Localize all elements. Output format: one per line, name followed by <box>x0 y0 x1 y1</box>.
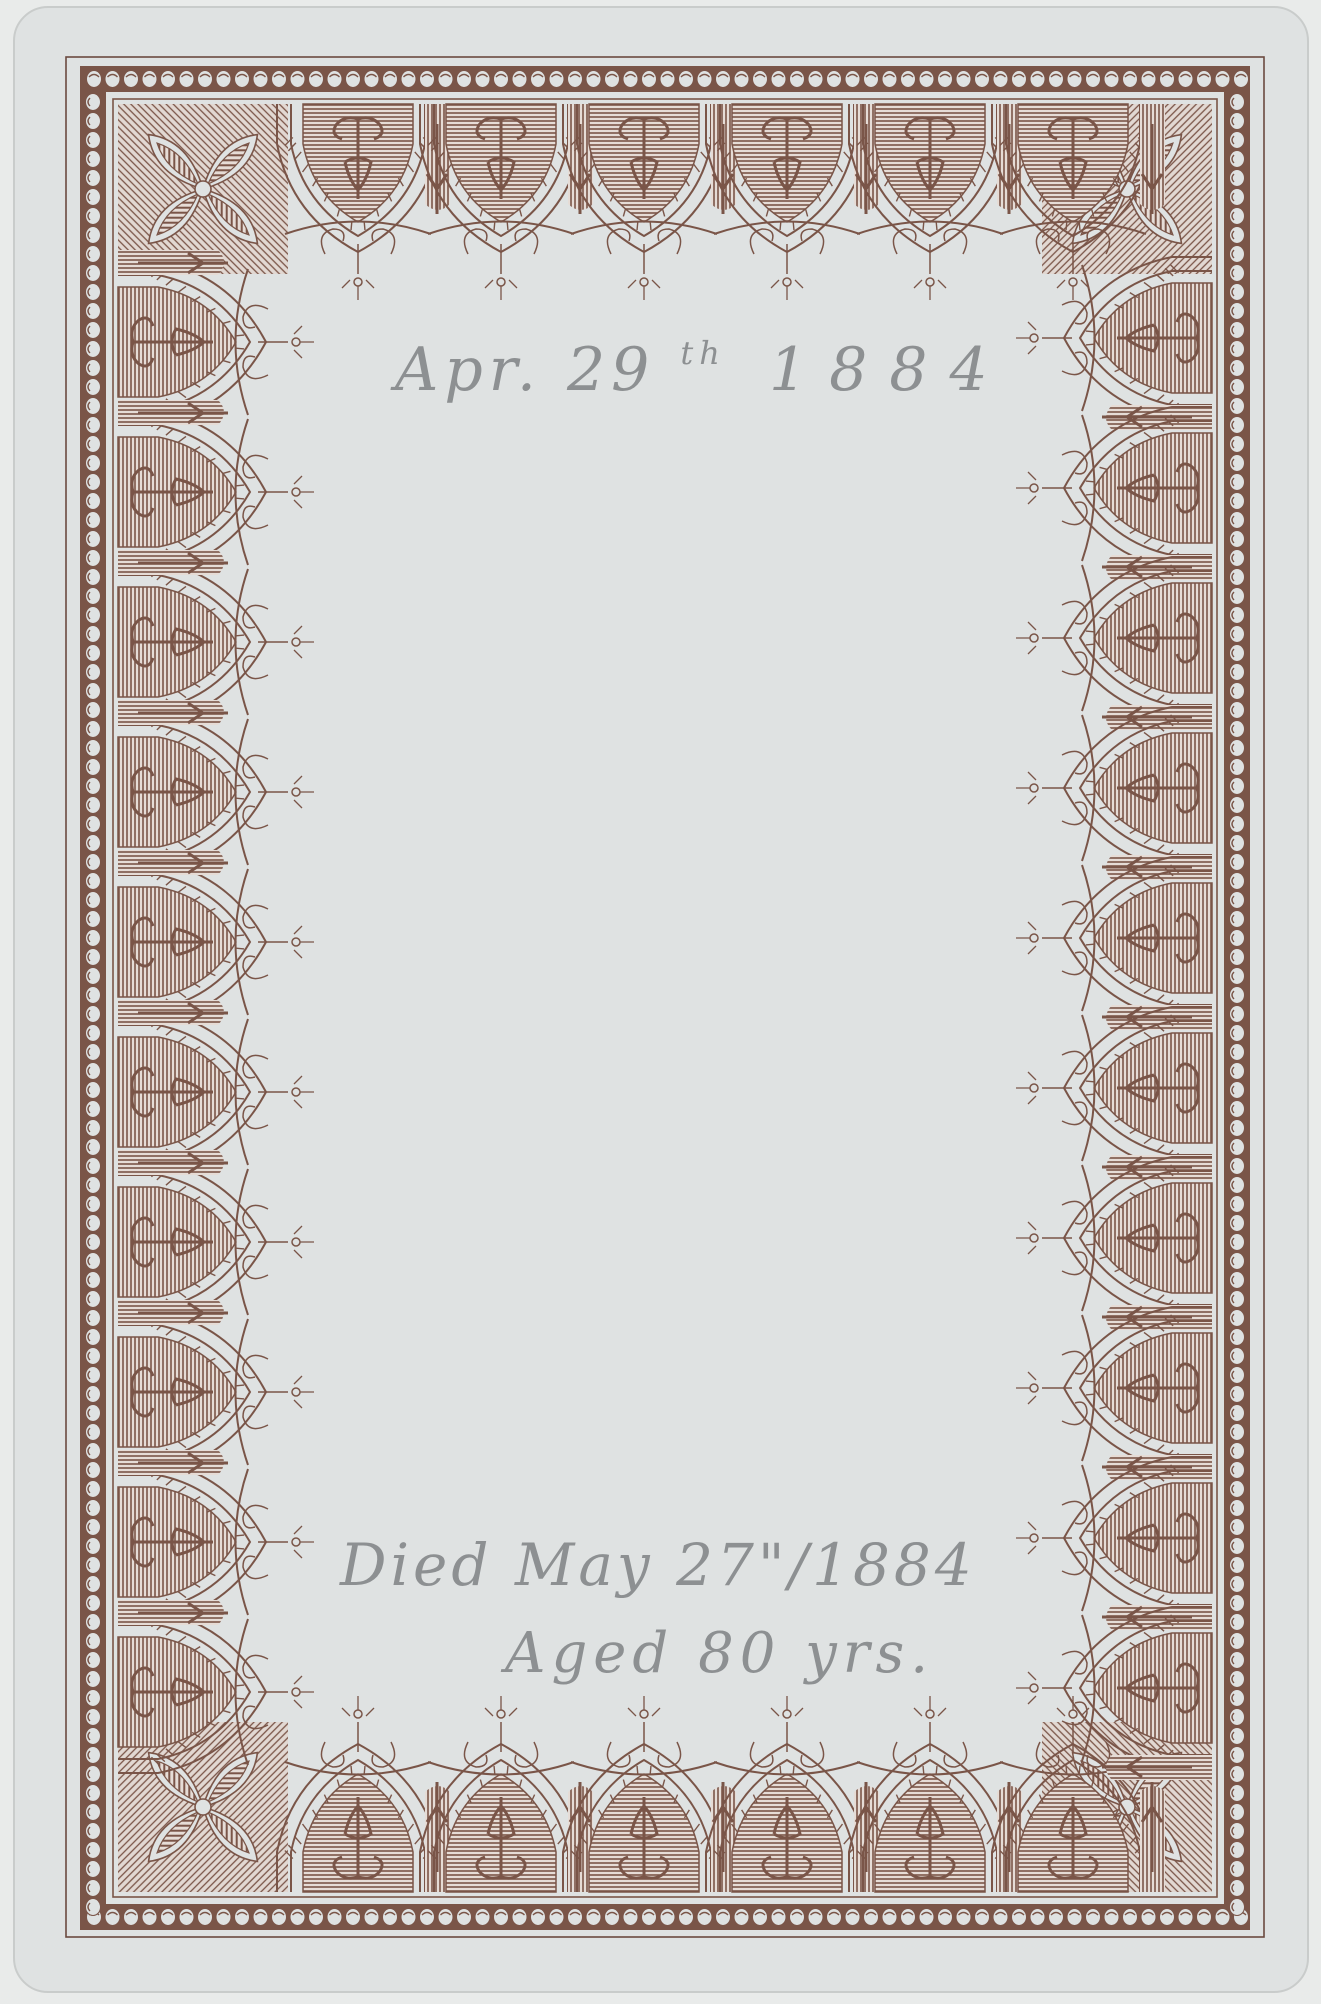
death-inscription: Died May 27"/1884 <box>339 1531 976 1599</box>
inscription-date-prefix: Apr. 29 <box>390 335 655 405</box>
cabinet-card-back: Apr. 29 th 1884 Died May 27"/1884 Aged 8… <box>0 0 1321 2004</box>
inscription-date-year: 1884 <box>769 335 1010 405</box>
inscription-date-suffix: th <box>680 334 725 372</box>
age-inscription: Aged 80 yrs. <box>500 1621 934 1686</box>
corner-flower-icon <box>118 104 288 274</box>
